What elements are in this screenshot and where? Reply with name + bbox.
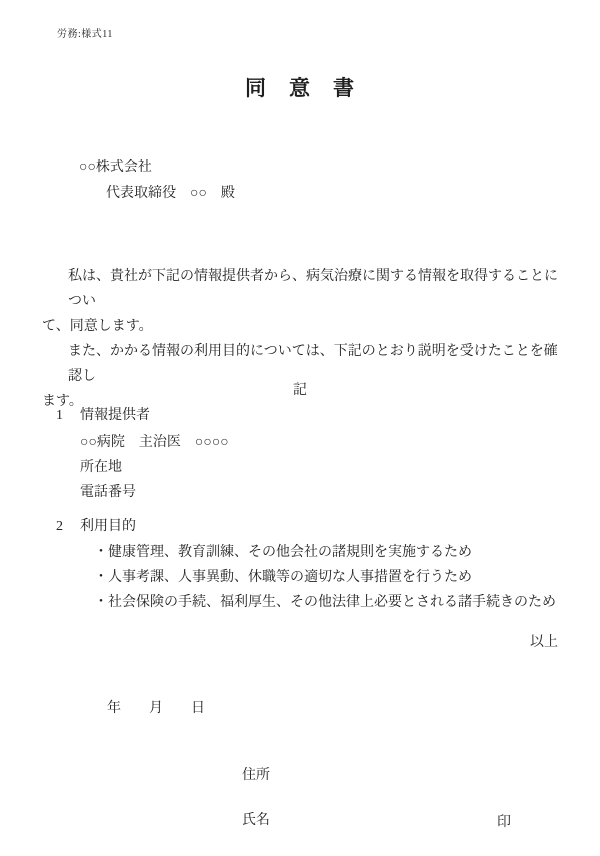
consent-paragraph1-line2: て、同意します。 (42, 314, 562, 339)
signature-seal-label: 印 (497, 813, 511, 833)
purpose-item-3: ・社会保険の手続、福利厚生、その他法律上必要とされる諸手続きのため (94, 590, 556, 615)
consent-paragraph1-line1: 私は、貴社が下記の情報提供者から、病気治療に関する情報を取得することについ (42, 264, 562, 314)
section2-title: 利用目的 (80, 519, 136, 534)
purpose-item-1: ・健康管理、教育訓練、その他会社の諸規則を実施するため (94, 540, 556, 565)
section1-heading: 1情報提供者 (56, 406, 150, 426)
document-title: 同 意 書 (0, 74, 600, 102)
consent-form-document: 労務:様式11 同 意 書 ○○株式会社 代表取締役 ○○ 殿 私は、貴社が下記… (0, 0, 600, 856)
date-line: 年 月 日 (107, 699, 205, 719)
phone-number-label: 電話番号 (80, 480, 229, 505)
section2-heading: 2利用目的 (56, 517, 136, 537)
section1-number: 1 (56, 406, 80, 426)
information-provider-line: ○○病院 主治医 ○○○○ (80, 430, 229, 455)
form-code-label: 労務:様式11 (57, 28, 113, 42)
section2-number: 2 (56, 517, 80, 537)
closing-marker: 以上 (530, 633, 558, 653)
section2-purpose-list: ・健康管理、教育訓練、その他会社の諸規則を実施するため ・人事考課、人事異動、休… (94, 540, 556, 615)
signature-name-label: 氏名 (242, 811, 270, 831)
signature-address-label: 住所 (242, 766, 270, 786)
section1-title: 情報提供者 (80, 408, 150, 423)
recipient-representative: 代表取締役 ○○ 殿 (106, 184, 235, 204)
purpose-item-2: ・人事考課、人事異動、休職等の適切な人事措置を行うため (94, 565, 556, 590)
record-marker: 記 (0, 381, 600, 401)
section1-details: ○○病院 主治医 ○○○○ 所在地 電話番号 (80, 430, 229, 505)
location-label: 所在地 (80, 455, 229, 480)
recipient-company: ○○株式会社 (79, 158, 152, 178)
